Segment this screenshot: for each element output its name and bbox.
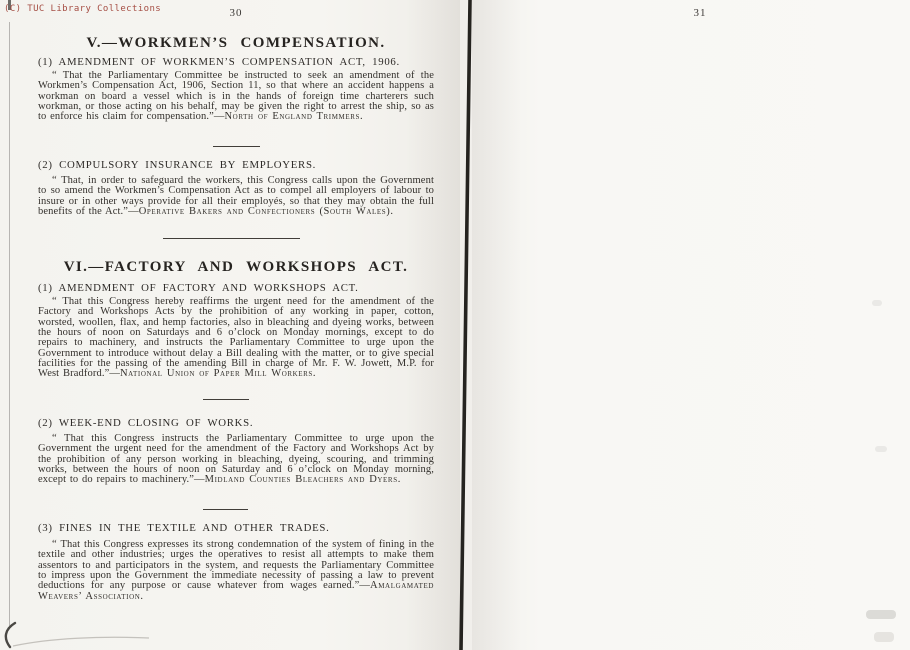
resolution-text: “ That this Congress hereby reaffirms th… — [38, 296, 434, 379]
scan-smudge — [875, 446, 887, 452]
page-curl-mark — [1, 620, 151, 650]
section-vi-title: VI.—FACTORY AND WORKSHOPS ACT. — [38, 259, 434, 276]
resolution-attribution: Operative Bakers and Confectioners (Sout… — [139, 206, 394, 217]
section-vi-item1-heading: (1) AMENDMENT OF FACTORY AND WORKSHOPS A… — [38, 282, 434, 294]
resolution-attribution: National Union of Paper Mill Workers. — [120, 368, 316, 379]
scan-edge-line — [9, 22, 10, 626]
section-vi-item1-paragraph: “ That this Congress hereby reaffirms th… — [38, 297, 434, 380]
left-page-number: 30 — [38, 7, 434, 19]
section-v-item1-paragraph: “ That the Parliamentary Committee be in… — [38, 71, 434, 123]
right-page-paper — [460, 0, 910, 650]
section-v-item2-paragraph: “ That, in order to safeguard the worker… — [38, 176, 434, 217]
scan-smudge — [874, 632, 894, 642]
book-spine-line — [446, 0, 486, 650]
resolution-attribution: North of England Trimmers. — [225, 111, 364, 122]
section-v-title: V.—WORKMEN’S COMPENSATION. — [38, 35, 434, 52]
scan-smudge — [872, 300, 882, 306]
right-page-number: 31 — [480, 7, 910, 19]
resolution-attribution: Midland Counties Bleachers and Dyers. — [205, 474, 401, 485]
section-divider — [203, 399, 249, 400]
section-divider — [213, 146, 260, 147]
section-divider — [163, 238, 300, 239]
section-v-item2-heading: (2) COMPULSORY INSURANCE BY EMPLOYERS. — [38, 159, 434, 171]
section-vi-item3-heading: (3) FINES IN THE TEXTILE AND OTHER TRADE… — [38, 522, 434, 534]
scan-smudge — [866, 610, 896, 619]
section-vi-item2-heading: (2) WEEK-END CLOSING OF WORKS. — [38, 417, 434, 429]
section-divider — [203, 509, 248, 510]
section-vi-item2-paragraph: “ That this Congress instructs the Parli… — [38, 434, 434, 486]
section-vi-item3-paragraph: “ That this Congress expresses its stron… — [38, 540, 434, 602]
section-v-item1-heading: (1) AMENDMENT OF WORKMEN’S COMPENSATION … — [38, 56, 434, 68]
